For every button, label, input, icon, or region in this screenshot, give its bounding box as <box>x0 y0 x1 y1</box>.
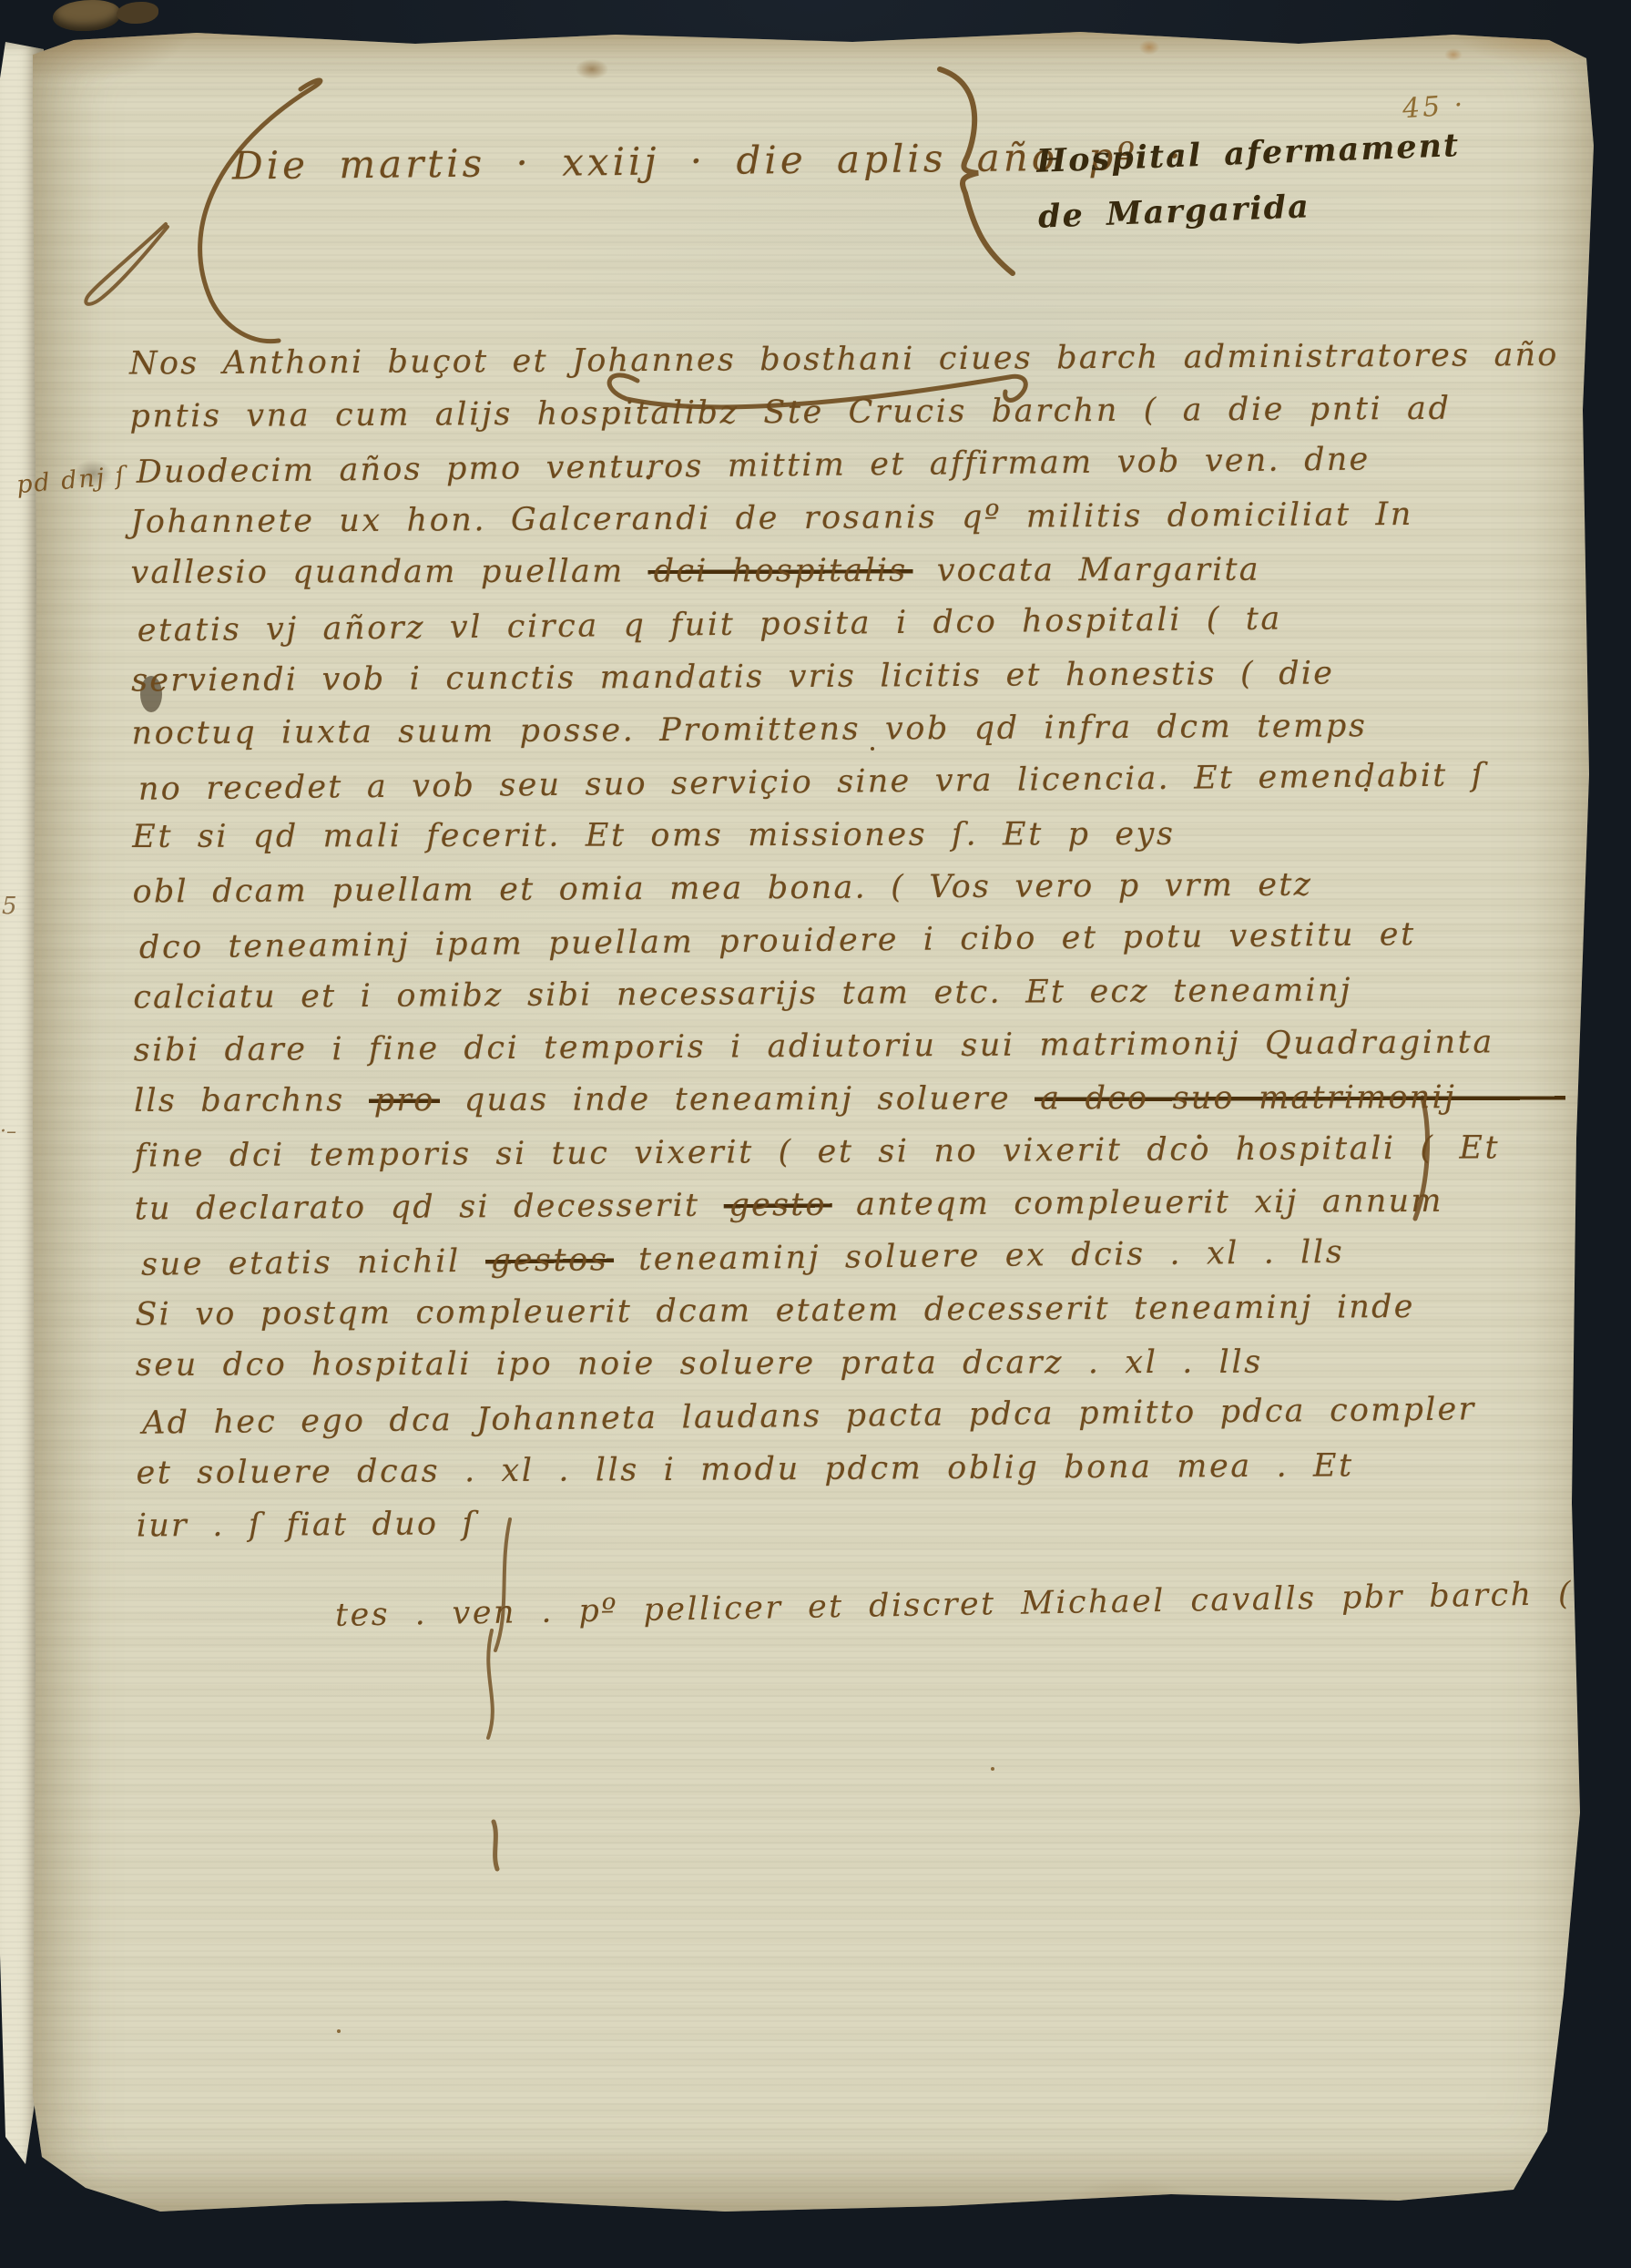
manuscript-line: lls barchns pro quas inde teneaminj solu… <box>134 1079 1482 1136</box>
manuscript-line: Si vo postqm compleuerit dcam etatem dec… <box>135 1288 1483 1349</box>
manuscript-line: seu dco hospitali ipo noie soluere prata… <box>136 1343 1483 1400</box>
struck-text: pro <box>369 1082 441 1119</box>
underlying-page-ink-mark: 5 <box>2 893 17 920</box>
body-text: Nos Anthoni buçot et Johannes bosthani c… <box>129 337 1484 1560</box>
struck-text: dci hospitalis <box>648 553 913 590</box>
manuscript-line: Johannete ux hon. Galcerandi de rosanis … <box>130 495 1478 557</box>
underlying-page-ink-mark: ·– <box>0 1120 16 1143</box>
manuscript-line: et soluere dcas . xl . lls i modu pdcm o… <box>136 1446 1483 1507</box>
manuscript-line: Et si qd mali fecerit. Et oms missiones … <box>132 815 1480 872</box>
manuscript-line: calciatu et i omibz sibi necessarijs tam… <box>133 971 1481 1032</box>
folio-number: 45 · <box>1402 89 1467 126</box>
manuscript-scan: 5 ·– <box>0 0 1631 2268</box>
manuscript-line: iur . ſ fiat duo ſ <box>137 1499 1484 1560</box>
binding-debris <box>117 2 158 24</box>
manuscript-line: Nos Anthoni buçot et Johannes bosthani c… <box>129 337 1477 398</box>
manuscript-line: fine dci temporis si tuc vixerit ( et si… <box>134 1129 1482 1190</box>
manuscript-line: vallesio quandam puellam dci hospitalis … <box>130 551 1478 608</box>
struck-text: gesto <box>723 1187 831 1224</box>
struck-text: a dco suo matrimonij <box>1035 1079 1565 1118</box>
manuscript-line: no recedet a vob seu suo serviçio sine v… <box>138 757 1487 823</box>
manuscript-line: serviendi vob i cunctis mandatis vris li… <box>131 654 1479 715</box>
struck-text: gestos <box>484 1241 614 1279</box>
binding-debris <box>53 0 120 31</box>
manuscript-line: sibi dare i fine dci temporis i adiutori… <box>134 1024 1482 1085</box>
